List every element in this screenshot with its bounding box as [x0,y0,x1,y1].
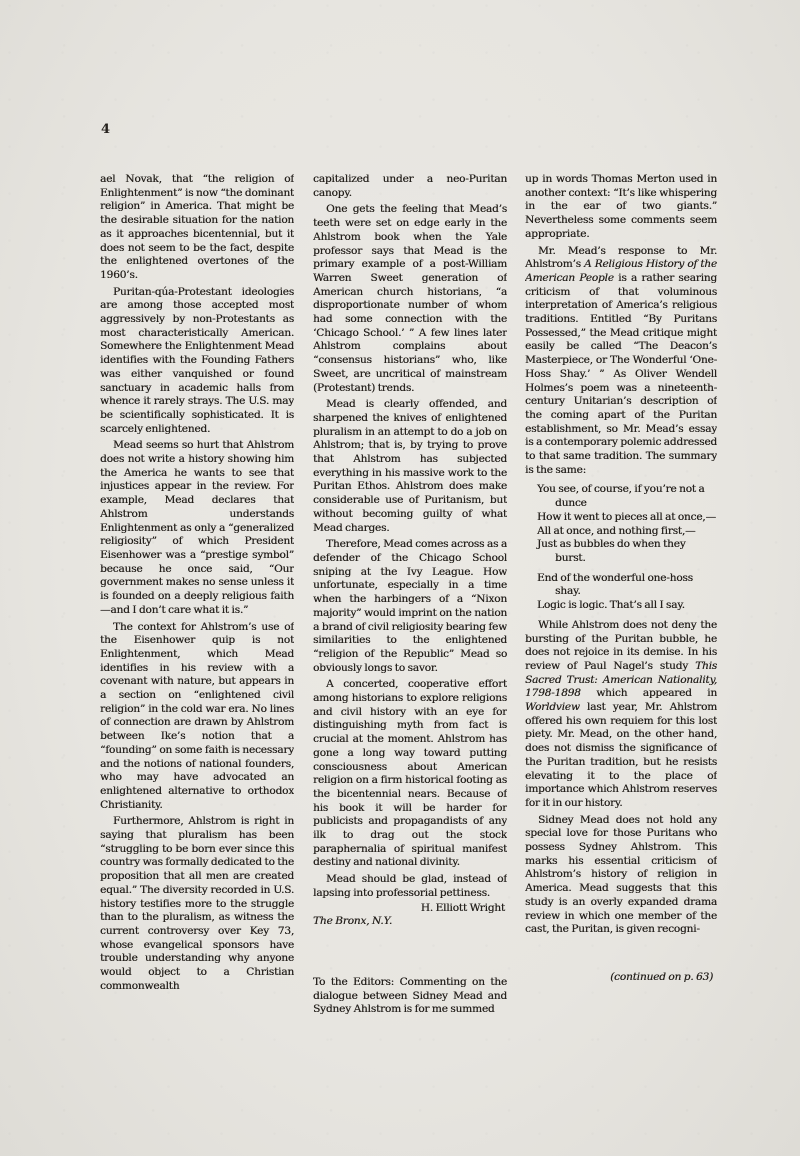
paragraph: The context for Ahlstrom’s use of the Ei… [100,621,294,813]
verse-line: Just as bubbles do when they burst. [525,538,717,565]
letter-opening: To the Editors: Commenting on the dialog… [313,976,507,1017]
column-1: ael Novak, that “the religion of Enlight… [100,173,294,1045]
paragraph: Mead should be glad, instead of lapsing … [313,873,507,900]
paragraph: capitalized under a neo-Puritan canopy. [313,173,507,200]
journal-title: Worldview [525,701,580,713]
text-run: last year, Mr. Ahlstrom offered his own … [525,701,717,809]
verse-line: All at once, and nothing first,— [525,525,717,539]
paragraph: ael Novak, that “the religion of Enlight… [100,173,294,283]
text-run: The Bronx, N.Y. [313,915,392,927]
paragraph: Mr. Mead’s response to Mr. Ahlstrom’s A … [525,245,717,478]
paragraph: While Ahlstrom does not deny the burstin… [525,619,717,811]
text-run: which appeared in [581,687,717,699]
continued-note: (continued on p. 63) [525,971,717,985]
verse-line: Logic is logic. That’s all I say. [525,599,717,613]
signature-location: The Bronx, N.Y. [313,915,507,929]
signature: H. Elliott Wright [313,902,507,916]
verse-block: You see, of course, if you’re not a dunc… [525,483,717,612]
paragraph: Therefore, Mead comes across as a defend… [313,538,507,675]
page-number: 4 [101,122,110,137]
paragraph: Mead is clearly offended, and sharpened … [313,398,507,535]
text-run: is a rather searing criticism of that vo… [525,272,717,476]
verse-line: How it went to pieces all at once,— [525,511,717,525]
text-run: While Ahlstrom does not deny the burstin… [525,619,717,672]
paragraph: Sidney Mead does not hold any special lo… [525,814,717,937]
paragraph: Furthermore, Ahlstrom is right in saying… [100,815,294,993]
paragraph: Mead seems so hurt that Ahlstrom does no… [100,439,294,617]
paragraph: One gets the feeling that Mead’s teeth w… [313,203,507,395]
paragraph: up in words Thomas Merton used in anothe… [525,173,717,242]
text-run: (continued on p. 63) [610,971,713,983]
paragraph: Puritan-qúa-Protestant ideologies are am… [100,286,294,437]
column-3: up in words Thomas Merton used in anothe… [525,173,717,1045]
paragraph: A concerted, cooperative effort among hi… [313,678,507,870]
column-2: capitalized under a neo-Puritan canopy. … [313,173,507,1045]
verse-line: End of the wonderful one-hoss shay. [525,572,717,599]
verse-line: You see, of course, if you’re not a dunc… [525,483,717,510]
